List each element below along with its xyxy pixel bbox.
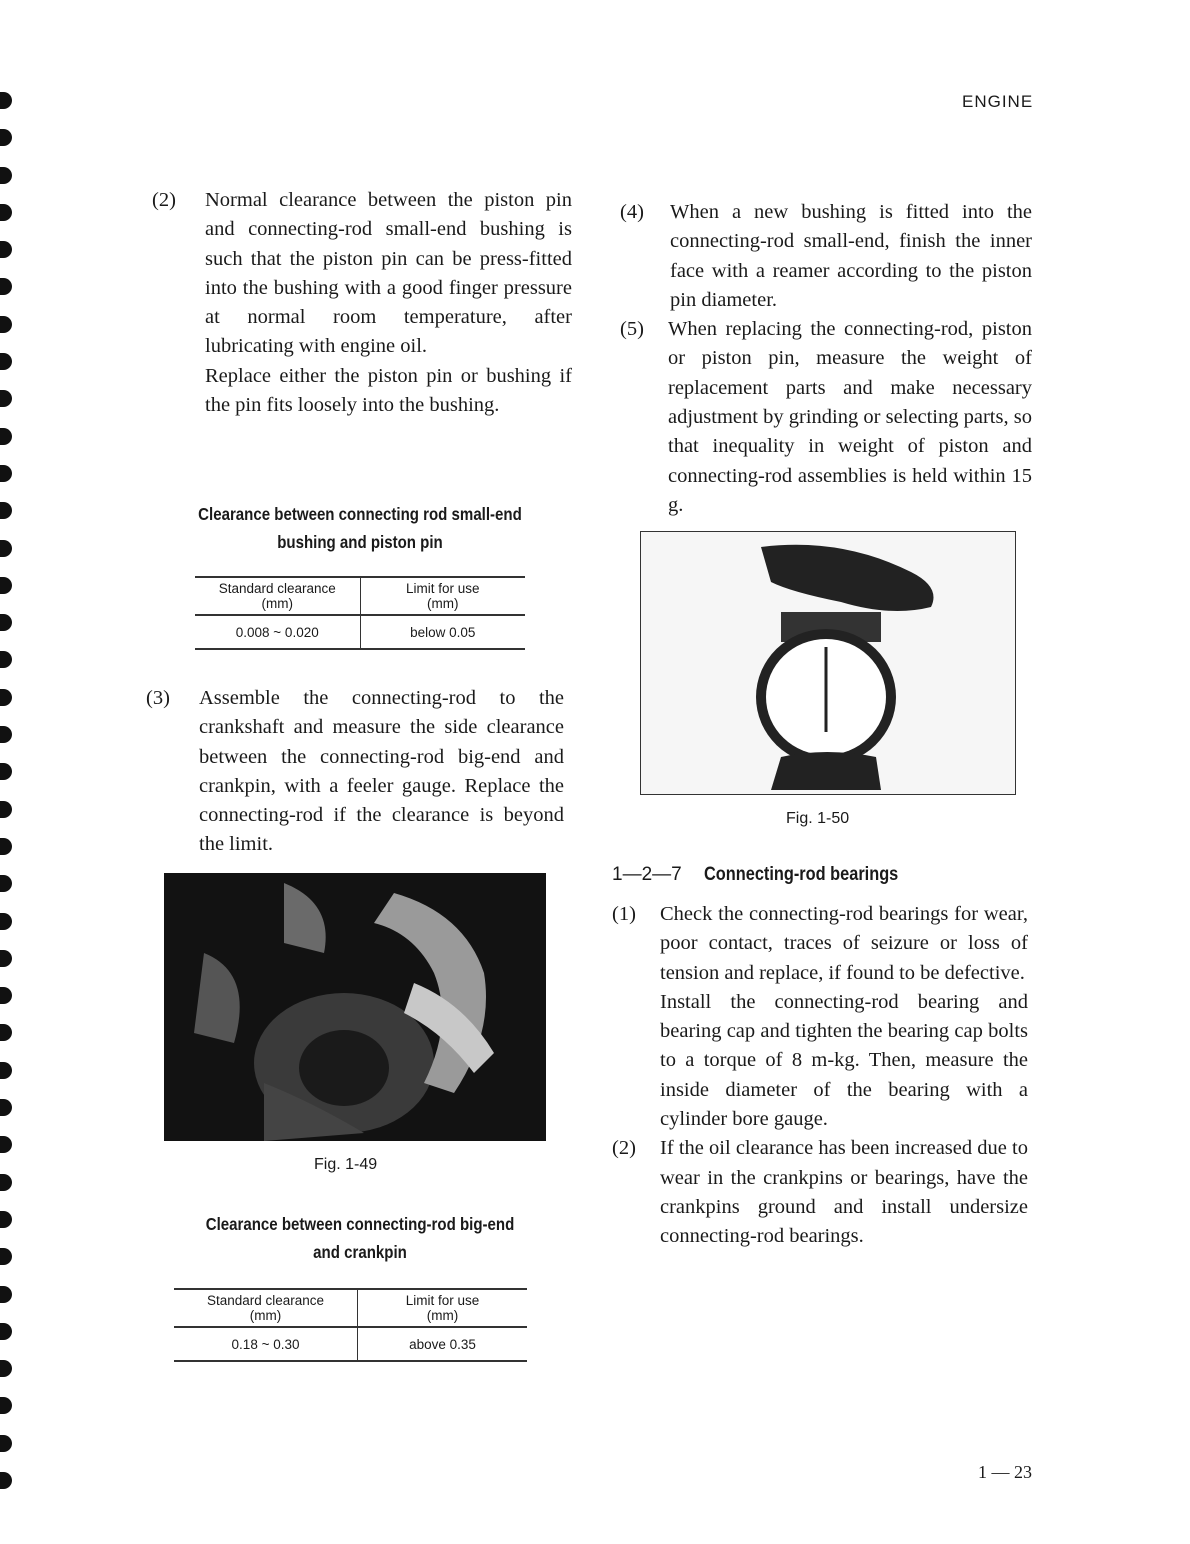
- step-text-2: Install the connecting-rod bearing and b…: [660, 988, 1028, 1134]
- step-text: When replacing the connecting-rod, pisto…: [668, 315, 1032, 520]
- table2-caption: Clearance between connecting-rod big-end…: [160, 1210, 560, 1266]
- step-2: (2) If the oil clearance has been increa…: [612, 1134, 1028, 1251]
- page-number: 1 — 23: [978, 1462, 1032, 1483]
- section-number: 1—2—7: [612, 864, 682, 885]
- section-heading: 1—2—7 Connecting-rod bearings: [612, 864, 1032, 886]
- figure-1-50-photo: [640, 531, 1016, 795]
- step-3: (3) Assemble the connecting-rod to the c…: [146, 684, 564, 860]
- table1-caption: Clearance between connecting rod small-e…: [160, 500, 560, 556]
- right-column-2: (1) Check the connecting-rod bearings fo…: [612, 900, 1028, 1252]
- figure-caption: Fig. 1-50: [786, 810, 849, 828]
- step-text: If the oil clearance has been increased …: [660, 1134, 1028, 1251]
- step-text: Check the connecting-rod bearings for we…: [660, 900, 1028, 988]
- table-cell: 0.18 ~ 0.30: [174, 1327, 358, 1361]
- step-text: When a new bushing is fitted into the co…: [670, 198, 1032, 315]
- step-2: (2) Normal clearance between the piston …: [152, 186, 572, 420]
- running-header: ENGINE: [962, 92, 1033, 112]
- table-cell: below 0.05: [360, 615, 525, 649]
- section-title: Connecting-rod bearings: [704, 864, 898, 886]
- step-number: (2): [152, 186, 176, 215]
- figure-caption: Fig. 1-49: [314, 1156, 377, 1174]
- step-1: (1) Check the connecting-rod bearings fo…: [612, 900, 1028, 1134]
- table-cell: 0.008 ~ 0.020: [195, 615, 360, 649]
- clearance-table-big-end: Standard clearance(mm) Limit for use(mm)…: [174, 1288, 527, 1362]
- step-text-2: Replace either the piston pin or bushing…: [205, 362, 572, 421]
- left-column-2: (3) Assemble the connecting-rod to the c…: [146, 684, 564, 860]
- step-text: Normal clearance between the piston pin …: [205, 186, 572, 362]
- clearance-table-small-end: Standard clearance(mm) Limit for use(mm)…: [195, 576, 525, 650]
- left-column: (2) Normal clearance between the piston …: [152, 186, 572, 420]
- figure-1-49-photo: [164, 873, 546, 1141]
- step-5: (5) When replacing the connecting-rod, p…: [620, 315, 1032, 520]
- step-text: Assemble the connecting-rod to the crank…: [199, 684, 564, 860]
- right-column: (4) When a new bushing is fitted into th…: [620, 198, 1032, 520]
- table-cell: above 0.35: [358, 1327, 527, 1361]
- step-4: (4) When a new bushing is fitted into th…: [620, 198, 1032, 315]
- binding-holes: [0, 92, 14, 1509]
